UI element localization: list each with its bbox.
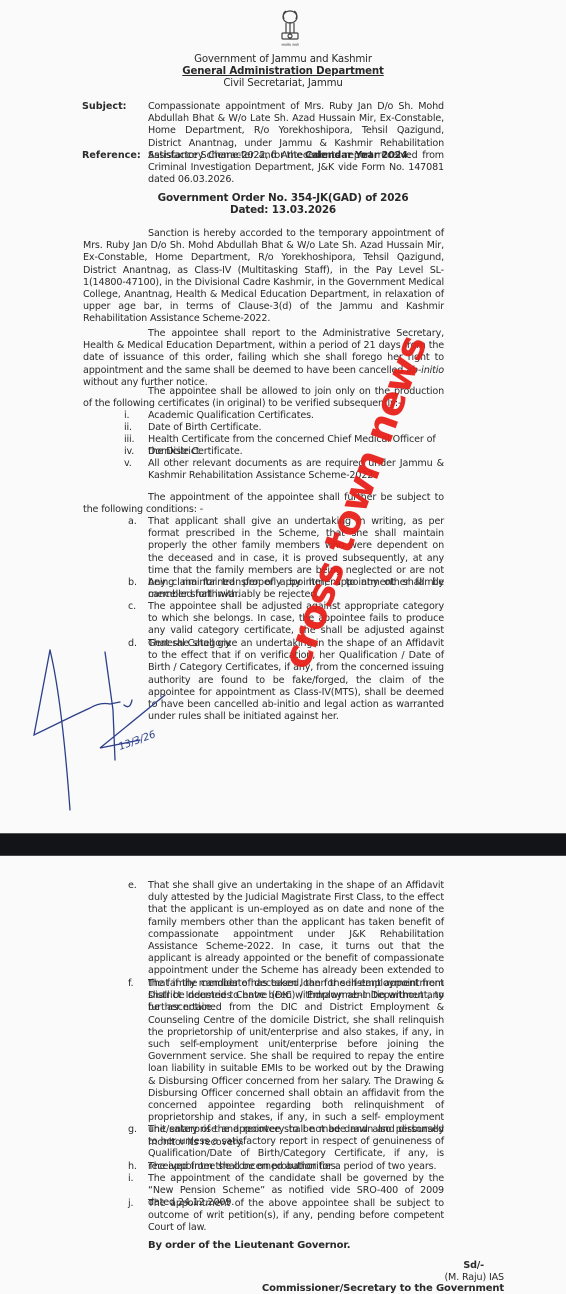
list-item: Domicile Certificate.: [148, 446, 444, 458]
list-num: g.: [128, 1124, 137, 1136]
signatory-designation: Commissioner/Secretary to the Government: [0, 1283, 504, 1294]
list-num: e.: [128, 880, 137, 892]
list-item: The appointment of the above appointee s…: [148, 1198, 444, 1235]
list-num: i.: [128, 1173, 133, 1185]
order-title: Government Order No. 354-JK(GAD) of 2026: [0, 192, 566, 204]
reference-label: Reference:: [82, 150, 141, 161]
svg-text:13/3/26: 13/3/26: [117, 729, 157, 753]
list-num: b.: [128, 577, 137, 589]
list-num: j.: [128, 1198, 133, 1210]
handwritten-signature: 13/3/26: [20, 640, 190, 820]
conditions-intro: The appointment of the appointee shall f…: [83, 492, 444, 516]
by-order-line: By order of the Lieutenant Governor.: [148, 1240, 350, 1252]
reference-text: Satisfactory Character and Antecedents r…: [148, 150, 444, 187]
list-item: All other relevant documents as are requ…: [148, 458, 444, 482]
sd-mark: Sd/-: [0, 1260, 484, 1272]
page-separator: [0, 833, 566, 856]
document-page-2: e. That she shall give an undertaking in…: [0, 856, 566, 1294]
office-address: Civil Secretariat, Jammu: [0, 78, 566, 90]
order-date: Dated: 13.03.2026: [0, 204, 566, 216]
subject-label: Subject:: [82, 101, 127, 112]
department-name: General Administration Department: [0, 66, 566, 78]
list-num: v.: [124, 458, 144, 470]
document-page-1: सत्यमेव जयते Government of Jammu and Kas…: [0, 0, 566, 833]
list-num: h.: [128, 1161, 137, 1173]
sanction-paragraph: Sanction is hereby accorded to the tempo…: [83, 228, 444, 326]
svg-text:सत्यमेव जयते: सत्यमेव जयते: [281, 42, 299, 47]
list-num: a.: [128, 516, 137, 528]
list-num: iii.: [124, 434, 144, 446]
list-item: The appointee shall be on probation for …: [148, 1161, 444, 1173]
list-num: ii.: [124, 422, 144, 434]
ashoka-emblem-icon: सत्यमेव जयते: [277, 9, 303, 49]
list-num: f.: [128, 978, 133, 990]
list-num: i.: [124, 410, 144, 422]
government-name: Government of Jammu and Kashmir: [0, 54, 566, 66]
list-num: iv.: [124, 446, 144, 458]
list-num: c.: [128, 601, 136, 613]
